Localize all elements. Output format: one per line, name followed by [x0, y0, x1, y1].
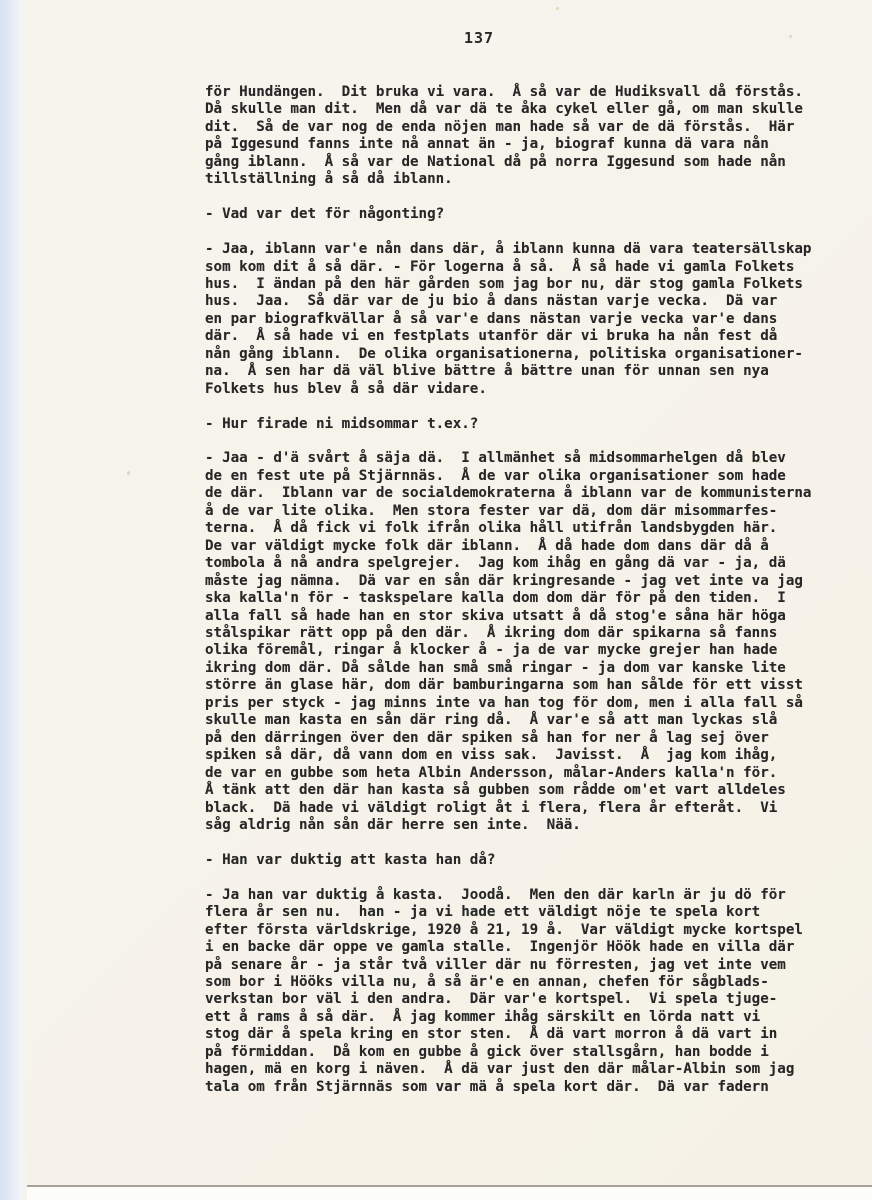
scanned-document-page: 137 för Hundängen. Dit bruka vi vara. Å … — [0, 0, 872, 1200]
interviewer-question: - Hur firade ni midsommar t.ex.? — [205, 416, 845, 433]
interview-answer: - Ja han var duktig å kasta. Joodå. Men … — [205, 887, 845, 1096]
scan-speck — [789, 35, 792, 38]
interview-answer: - Jaa - d'ä svårt å säja dä. I allmänhet… — [205, 450, 845, 834]
interview-transcript: för Hundängen. Dit bruka vi vara. Å så v… — [205, 84, 845, 1096]
interviewer-question: - Vad var det för någonting? — [205, 206, 845, 223]
paper-bottom-edge — [0, 1185, 872, 1200]
interviewer-question: - Han var duktig att kasta han då? — [205, 852, 845, 869]
scanner-edge-strip — [0, 0, 27, 1200]
interview-answer: - Jaa, iblann var'e nån dans där, å ibla… — [205, 241, 845, 398]
page-number: 137 — [464, 29, 494, 47]
scan-speck — [556, 7, 559, 10]
scan-speck — [127, 471, 130, 475]
interview-answer: för Hundängen. Dit bruka vi vara. Å så v… — [205, 84, 845, 189]
